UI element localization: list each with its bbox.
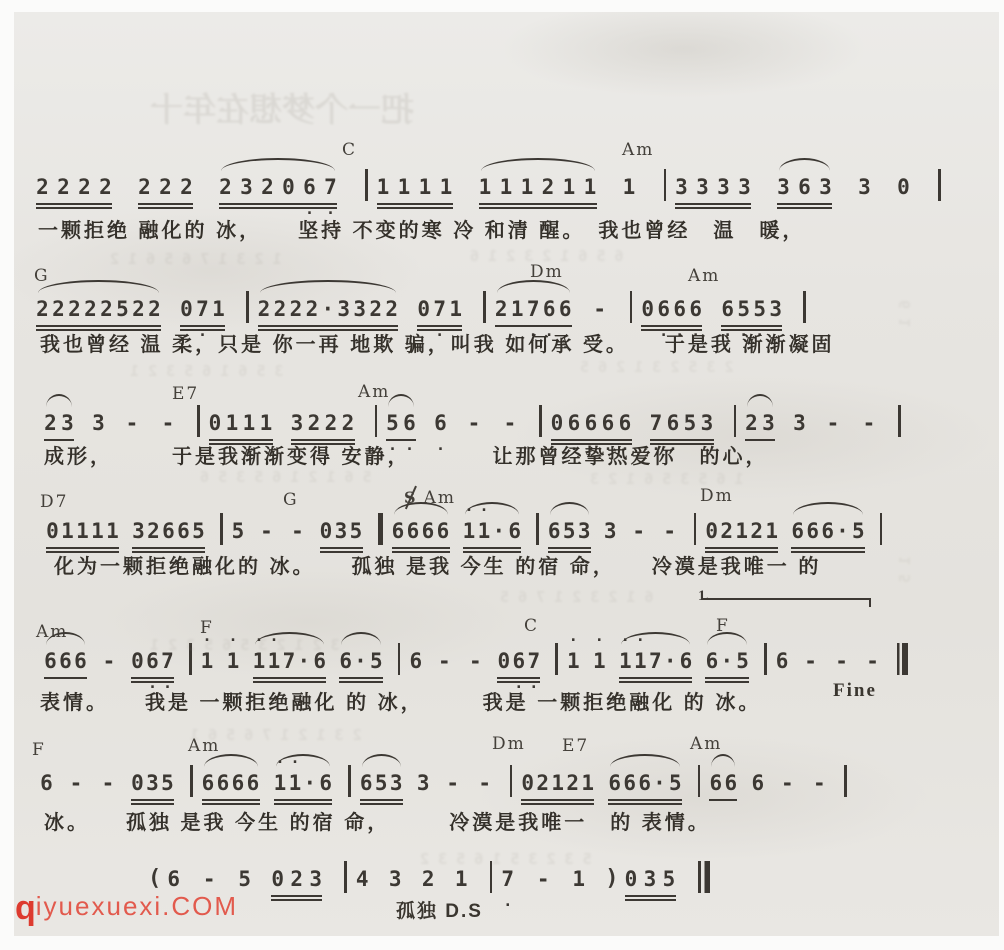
note: 6 bbox=[407, 516, 420, 546]
note-group: 02121 bbox=[705, 516, 780, 546]
bleedthrough-text: 2 3 5 2 3 1 2 6 5 bbox=[580, 358, 734, 376]
note: · bbox=[720, 646, 733, 676]
note-group: - bbox=[99, 768, 119, 798]
note: 6 bbox=[74, 646, 87, 676]
beam-line bbox=[479, 203, 597, 205]
note: 3 bbox=[644, 864, 657, 894]
note: 2 bbox=[290, 294, 303, 324]
bar-line bbox=[698, 765, 701, 797]
note: 2 bbox=[78, 172, 91, 202]
tie-arc bbox=[388, 394, 414, 407]
note: 6 bbox=[360, 768, 373, 798]
note-group: 217·6·6 bbox=[495, 294, 575, 324]
note: 1 bbox=[260, 408, 273, 438]
beam-line bbox=[705, 547, 778, 549]
note: · bbox=[493, 516, 506, 546]
note: 2 bbox=[369, 294, 382, 324]
note: 1 bbox=[623, 172, 636, 202]
high-octave-dot: · bbox=[464, 505, 473, 515]
beam-line bbox=[291, 439, 355, 441]
chord-text: F bbox=[716, 616, 730, 636]
beam-line bbox=[745, 439, 775, 441]
note: 6· bbox=[673, 294, 686, 324]
chord-label: Am bbox=[688, 266, 720, 286]
note: 3 bbox=[291, 408, 304, 438]
note: 2 bbox=[325, 408, 338, 438]
beam-line bbox=[377, 207, 453, 209]
lyrics-line: 成形， 于是我渐渐变得 安静， 让那曾经挚热爱你 的心， bbox=[44, 440, 769, 469]
note: - bbox=[465, 408, 483, 438]
chord-text: Dm bbox=[700, 486, 734, 506]
chord-text: G bbox=[283, 490, 299, 510]
beam-line bbox=[777, 203, 832, 205]
note: 3 bbox=[417, 768, 430, 798]
note: - bbox=[630, 516, 648, 546]
note: 3 bbox=[309, 864, 322, 894]
note: 7 bbox=[649, 646, 662, 676]
note: 1 bbox=[106, 516, 119, 546]
note: · bbox=[304, 768, 317, 798]
note: 3 bbox=[337, 294, 350, 324]
beam-line bbox=[463, 551, 522, 553]
bleedthrough-text: 2 3 1 2 1 7 6 5 6 1 bbox=[190, 726, 362, 744]
chord-label: F bbox=[32, 740, 46, 760]
bar-line bbox=[898, 405, 901, 437]
chord-label: Dm bbox=[700, 486, 734, 506]
note-group: 653 bbox=[360, 768, 405, 798]
note: 2 bbox=[36, 294, 49, 324]
high-octave-dot: · bbox=[636, 635, 645, 645]
tie-arc bbox=[221, 158, 335, 171]
note-group: - bbox=[435, 646, 455, 676]
note: - bbox=[833, 646, 851, 676]
note: - bbox=[159, 408, 177, 438]
tie-arc bbox=[362, 754, 401, 767]
note: 2 bbox=[536, 768, 549, 798]
note: 6· bbox=[568, 408, 581, 438]
beam-line bbox=[291, 443, 355, 445]
low-octave-dot: · bbox=[198, 330, 207, 340]
beam-line bbox=[641, 329, 702, 331]
note: 2 bbox=[138, 172, 151, 202]
beam-line bbox=[791, 547, 865, 549]
low-octave-dot: · bbox=[668, 444, 677, 454]
note: 3 bbox=[769, 294, 782, 324]
low-octave-dot: · bbox=[586, 444, 595, 454]
tie-arc bbox=[46, 632, 85, 645]
beam-line bbox=[521, 803, 594, 805]
system-5: AmFCF666-06·7·1·1·1·1·7·66·56--06·7·1·1·… bbox=[0, 0, 1004, 950]
note-group: 1·1··6 bbox=[463, 516, 524, 546]
note: 1 bbox=[563, 172, 576, 202]
note: 5 bbox=[669, 768, 682, 798]
note: - bbox=[444, 768, 462, 798]
note-group: 6 bbox=[409, 646, 424, 676]
note: 6· bbox=[543, 294, 556, 324]
note: 2 bbox=[385, 294, 398, 324]
beam-line bbox=[36, 325, 161, 327]
beam-line bbox=[209, 439, 273, 441]
note-group: 222 bbox=[138, 172, 201, 202]
note: 6 bbox=[422, 516, 435, 546]
beam-line bbox=[46, 547, 119, 549]
note: 0 bbox=[209, 408, 222, 438]
bleedthrough-text: 6 1 bbox=[896, 300, 914, 327]
chord-label: C bbox=[524, 616, 539, 636]
bar-line bbox=[365, 169, 368, 201]
bar-line bbox=[510, 765, 513, 797]
note: 7· bbox=[527, 294, 540, 324]
note: 1 bbox=[76, 516, 89, 546]
tie-arc bbox=[497, 280, 570, 293]
note-group: 02121 bbox=[521, 768, 596, 798]
note: 1· bbox=[634, 646, 647, 676]
beam-line bbox=[360, 799, 403, 801]
note: - bbox=[591, 294, 609, 324]
bar-line bbox=[483, 291, 486, 323]
note: 5 bbox=[161, 768, 174, 798]
tie-arc bbox=[621, 632, 691, 645]
note-group: 6 bbox=[40, 768, 55, 798]
note: 2 bbox=[68, 294, 81, 324]
notes-row: 2222252207·12222·332207·1217·6·6-06·6·6·… bbox=[36, 294, 815, 326]
note-group: - bbox=[465, 408, 487, 438]
chord-label: Am bbox=[622, 140, 654, 160]
note: 5 bbox=[563, 516, 576, 546]
bleedthrough-text: 6 5 6 1 2 3 2 1 6 bbox=[470, 247, 624, 265]
system-6: FAmDmE7Am6--03566661·1··66533--02121666·… bbox=[0, 0, 1004, 950]
beam-line bbox=[675, 203, 751, 205]
note-group: 666·5 bbox=[791, 516, 867, 546]
tie-arc bbox=[204, 754, 258, 767]
bar-line bbox=[734, 405, 737, 437]
note-group: 111211 bbox=[479, 172, 605, 202]
note: - bbox=[289, 516, 307, 546]
watermark-text: iyuexuexi.COM bbox=[36, 891, 238, 921]
bar-line bbox=[880, 513, 883, 545]
bleedthrough-text: 3 2 1 2 3 5 6 5 3 2 1 bbox=[150, 636, 340, 654]
note: 5 bbox=[116, 294, 129, 324]
note: 6 bbox=[232, 768, 245, 798]
note-group: 3 bbox=[604, 516, 619, 546]
note: 3 bbox=[762, 408, 775, 438]
note: 6· bbox=[667, 408, 680, 438]
note: 1 bbox=[511, 294, 524, 324]
note-group: 5 bbox=[232, 516, 247, 546]
note: 2 bbox=[750, 516, 763, 546]
note: 5 bbox=[852, 516, 865, 546]
beam-line bbox=[641, 325, 702, 327]
note: 6 bbox=[409, 646, 422, 676]
low-octave-dot: · bbox=[163, 682, 172, 692]
note: 6 bbox=[59, 646, 72, 676]
note-group: - bbox=[123, 408, 145, 438]
beam-line bbox=[180, 329, 225, 331]
beam-line bbox=[417, 325, 462, 327]
parenthesis: ) bbox=[605, 864, 618, 894]
note: 3 bbox=[92, 408, 105, 438]
lyrics-line: 表情。 我是 一颗拒绝融化 的 冰， 我是 一颗拒绝融化 的 冰。 bbox=[40, 686, 761, 715]
note: 3 bbox=[819, 172, 832, 202]
note: 0 bbox=[417, 294, 430, 324]
beam-line bbox=[274, 803, 333, 805]
bar-line bbox=[938, 169, 941, 201]
note: - bbox=[864, 646, 882, 676]
note: 6 bbox=[162, 516, 175, 546]
beam-line bbox=[180, 325, 225, 327]
note-group: 2 bbox=[422, 864, 441, 894]
note: 7· bbox=[527, 646, 540, 676]
note: 1 bbox=[479, 172, 492, 202]
note: 2 bbox=[258, 294, 271, 324]
beam-line bbox=[650, 439, 714, 441]
bleedthrough-text: 1 2 3 1 7 6 5 6 1 2 bbox=[110, 250, 282, 268]
note: 6· bbox=[585, 408, 598, 438]
beam-line bbox=[675, 207, 751, 209]
note: 0 bbox=[320, 516, 333, 546]
note: - bbox=[802, 646, 820, 676]
note-group: 23 bbox=[745, 408, 779, 438]
note: 6· bbox=[602, 408, 615, 438]
lyrics-line: 一颗拒绝 融化的 冰， 坚持 不变的寒 冷 和清 醒。 我也曾经 温 暖， bbox=[38, 214, 805, 243]
note: 7· bbox=[324, 172, 337, 202]
note: 6· bbox=[512, 646, 525, 676]
note: 4 bbox=[356, 864, 369, 894]
beam-line bbox=[417, 329, 462, 331]
note-group: - bbox=[802, 646, 822, 676]
beam-line bbox=[219, 203, 337, 205]
low-octave-dot: · bbox=[388, 444, 397, 454]
note: 6 bbox=[202, 768, 215, 798]
note-group: 1 bbox=[455, 864, 474, 894]
note: 2 bbox=[36, 172, 49, 202]
volta-label: 1. bbox=[698, 588, 713, 605]
system-7: (6-502343217·-1)035 bbox=[0, 0, 1004, 950]
beam-line bbox=[791, 551, 865, 553]
beam-line bbox=[360, 803, 403, 805]
note: 5· bbox=[386, 408, 399, 438]
note-group: 6·5 bbox=[705, 646, 751, 676]
tie-arc bbox=[793, 502, 863, 515]
note: 2 bbox=[180, 172, 193, 202]
bleedthrough-text: 3 5 6 1 6 5 3 2 1 bbox=[130, 362, 284, 380]
note: 0 bbox=[282, 172, 295, 202]
beam-line bbox=[463, 547, 522, 549]
note-group: - bbox=[67, 768, 87, 798]
note: 2 bbox=[100, 294, 113, 324]
beam-line bbox=[132, 547, 205, 549]
note: 1 bbox=[61, 516, 74, 546]
note-group: 06·6·6· bbox=[641, 294, 705, 324]
note: 6 bbox=[705, 646, 718, 676]
bar-line bbox=[539, 405, 542, 437]
note-group: 07·1 bbox=[180, 294, 228, 324]
beam-line bbox=[619, 677, 693, 679]
note-group: 035 bbox=[131, 768, 176, 798]
low-octave-dot: · bbox=[148, 682, 157, 692]
note-group: - bbox=[661, 516, 681, 546]
note: 1 bbox=[226, 408, 239, 438]
beam-line bbox=[548, 551, 591, 553]
low-octave-dot: · bbox=[675, 330, 684, 340]
note-group: 1 bbox=[623, 172, 644, 202]
bleedthrough-text: 5 6 1 2 1 6 5 3 5 6 bbox=[200, 468, 372, 486]
note: 6 bbox=[339, 646, 352, 676]
tie-arc bbox=[550, 502, 589, 515]
note: 7· bbox=[196, 294, 209, 324]
bar-line bbox=[344, 861, 347, 893]
note: 6 bbox=[709, 768, 722, 798]
note: - bbox=[661, 516, 679, 546]
low-octave-dot: · bbox=[529, 330, 538, 340]
note-group: 1· bbox=[593, 646, 608, 676]
bar-line bbox=[348, 765, 351, 797]
notes-row: 233--011132225·6·6·--06·6·6·6·7·6·53233-… bbox=[44, 408, 910, 440]
beam-line bbox=[705, 681, 749, 683]
bleedthrough-text: 1 5 bbox=[896, 556, 914, 583]
note: · bbox=[653, 768, 666, 798]
note: 1· bbox=[593, 646, 606, 676]
bleedthrough-text: 把一个梦想在年十 bbox=[150, 84, 414, 131]
note-group: 3333 bbox=[675, 172, 759, 202]
chord-label: D7 bbox=[40, 492, 68, 512]
chord-label: G bbox=[34, 266, 50, 286]
note: 3 bbox=[578, 516, 591, 546]
bar-line bbox=[897, 643, 908, 675]
note-group: 7·6·53 bbox=[650, 408, 718, 438]
note: · bbox=[354, 646, 367, 676]
chord-text: Dm bbox=[492, 734, 526, 754]
fine-label: Fine bbox=[833, 680, 877, 702]
bar-line bbox=[246, 291, 249, 323]
system-3: E7Am233--011132225·6·6·--06·6·6·6·7·6·53… bbox=[0, 0, 1004, 950]
segno-icon: S bbox=[404, 488, 418, 507]
note: 3 bbox=[777, 172, 790, 202]
note: · bbox=[322, 294, 335, 324]
beam-line bbox=[209, 443, 273, 445]
low-octave-dot: · bbox=[723, 330, 732, 340]
note: 0 bbox=[497, 646, 510, 676]
low-octave-dot: · bbox=[569, 444, 578, 454]
note: 1 bbox=[440, 172, 453, 202]
note-group: 23 bbox=[44, 408, 78, 438]
note-group: 3222 bbox=[291, 408, 359, 438]
low-octave-dot: · bbox=[659, 330, 668, 340]
chord-label: Dm bbox=[492, 734, 526, 754]
note-group: - bbox=[824, 408, 846, 438]
beam-line bbox=[625, 895, 676, 897]
note-group: 3 bbox=[417, 768, 432, 798]
bar-line bbox=[694, 513, 697, 545]
note-group: 66 bbox=[709, 768, 739, 798]
system-4: D7GSAmDm01111326655--03566661·1··66533--… bbox=[0, 0, 1004, 950]
note: 2 bbox=[342, 408, 355, 438]
beam-line bbox=[377, 203, 453, 205]
note: 6 bbox=[776, 646, 789, 676]
beam-line bbox=[271, 895, 322, 897]
chord-text: C bbox=[342, 140, 357, 160]
note: - bbox=[466, 646, 484, 676]
note-group: - bbox=[591, 294, 612, 324]
bar-line bbox=[764, 643, 767, 675]
beam-line bbox=[258, 329, 399, 331]
tie-arc bbox=[260, 280, 397, 293]
low-octave-dot: · bbox=[326, 208, 335, 218]
beam-line bbox=[36, 329, 161, 331]
note: 6 bbox=[548, 516, 561, 546]
chord-label: E7 bbox=[562, 736, 589, 756]
note-group: - bbox=[864, 646, 884, 676]
note: 6 bbox=[751, 768, 764, 798]
note-group: 6 bbox=[776, 646, 791, 676]
note-group: - bbox=[466, 646, 486, 676]
high-octave-dot: · bbox=[621, 635, 630, 645]
tie-arc bbox=[38, 280, 159, 293]
ds-label: 孤独 D.S bbox=[396, 896, 483, 923]
note: 6 bbox=[319, 768, 332, 798]
note: 3 bbox=[717, 172, 730, 202]
note: 6 bbox=[40, 768, 53, 798]
note: 6· bbox=[403, 408, 416, 438]
note: 2 bbox=[495, 294, 508, 324]
note: 7· bbox=[501, 864, 514, 894]
note-group: 4 bbox=[356, 864, 375, 894]
note-group: 2222·3322 bbox=[258, 294, 402, 324]
watermark: qiyuexuexi.COM bbox=[15, 889, 238, 928]
note: 2 bbox=[148, 294, 161, 324]
bar-line bbox=[698, 861, 710, 893]
beam-line bbox=[608, 799, 682, 801]
note-group: 2222 bbox=[36, 172, 120, 202]
note-group: 32665 bbox=[132, 516, 207, 546]
note: 6· bbox=[657, 294, 670, 324]
note: 5· bbox=[753, 294, 766, 324]
note: 6 bbox=[217, 768, 230, 798]
note: 5 bbox=[238, 864, 251, 894]
lyrics-line: 我也曾经 温 柔，只是 你一再 地欺 骗，叫我 如何承 受。 于是我 渐渐凝固 bbox=[40, 328, 834, 357]
high-octave-dot: · bbox=[479, 505, 488, 515]
note: 3 bbox=[675, 172, 688, 202]
note: 3 bbox=[132, 516, 145, 546]
note: 1 bbox=[449, 294, 462, 324]
note: 6 bbox=[798, 172, 811, 202]
chord-label: Am bbox=[358, 382, 390, 402]
tie-arc bbox=[341, 632, 381, 645]
beam-line bbox=[253, 681, 327, 683]
note-group: 1·1··6 bbox=[274, 768, 335, 798]
lyrics-line: 化为一颗拒绝融化的 冰。 孤独 是我 今生 的宿 命， 冷漠是我唯一 的 bbox=[54, 550, 821, 579]
note: 3 bbox=[146, 768, 159, 798]
note: 6 bbox=[608, 768, 621, 798]
note: 1 bbox=[398, 172, 411, 202]
note-group: 023 bbox=[271, 864, 328, 894]
note: 6· bbox=[721, 294, 734, 324]
note: 0 bbox=[705, 516, 718, 546]
note: 3 bbox=[389, 864, 402, 894]
beam-line bbox=[138, 203, 193, 205]
note: 6 bbox=[437, 516, 450, 546]
high-octave-dot: · bbox=[290, 757, 299, 767]
note: 6 bbox=[724, 768, 737, 798]
note: 6· bbox=[689, 294, 702, 324]
watermark-q: q bbox=[15, 889, 36, 927]
chord-label: Am bbox=[690, 734, 722, 754]
note-group: 035 bbox=[625, 864, 682, 894]
note: 2 bbox=[44, 408, 57, 438]
note-group: 6 bbox=[751, 768, 766, 798]
beam-line bbox=[625, 899, 676, 901]
note: - bbox=[123, 408, 141, 438]
